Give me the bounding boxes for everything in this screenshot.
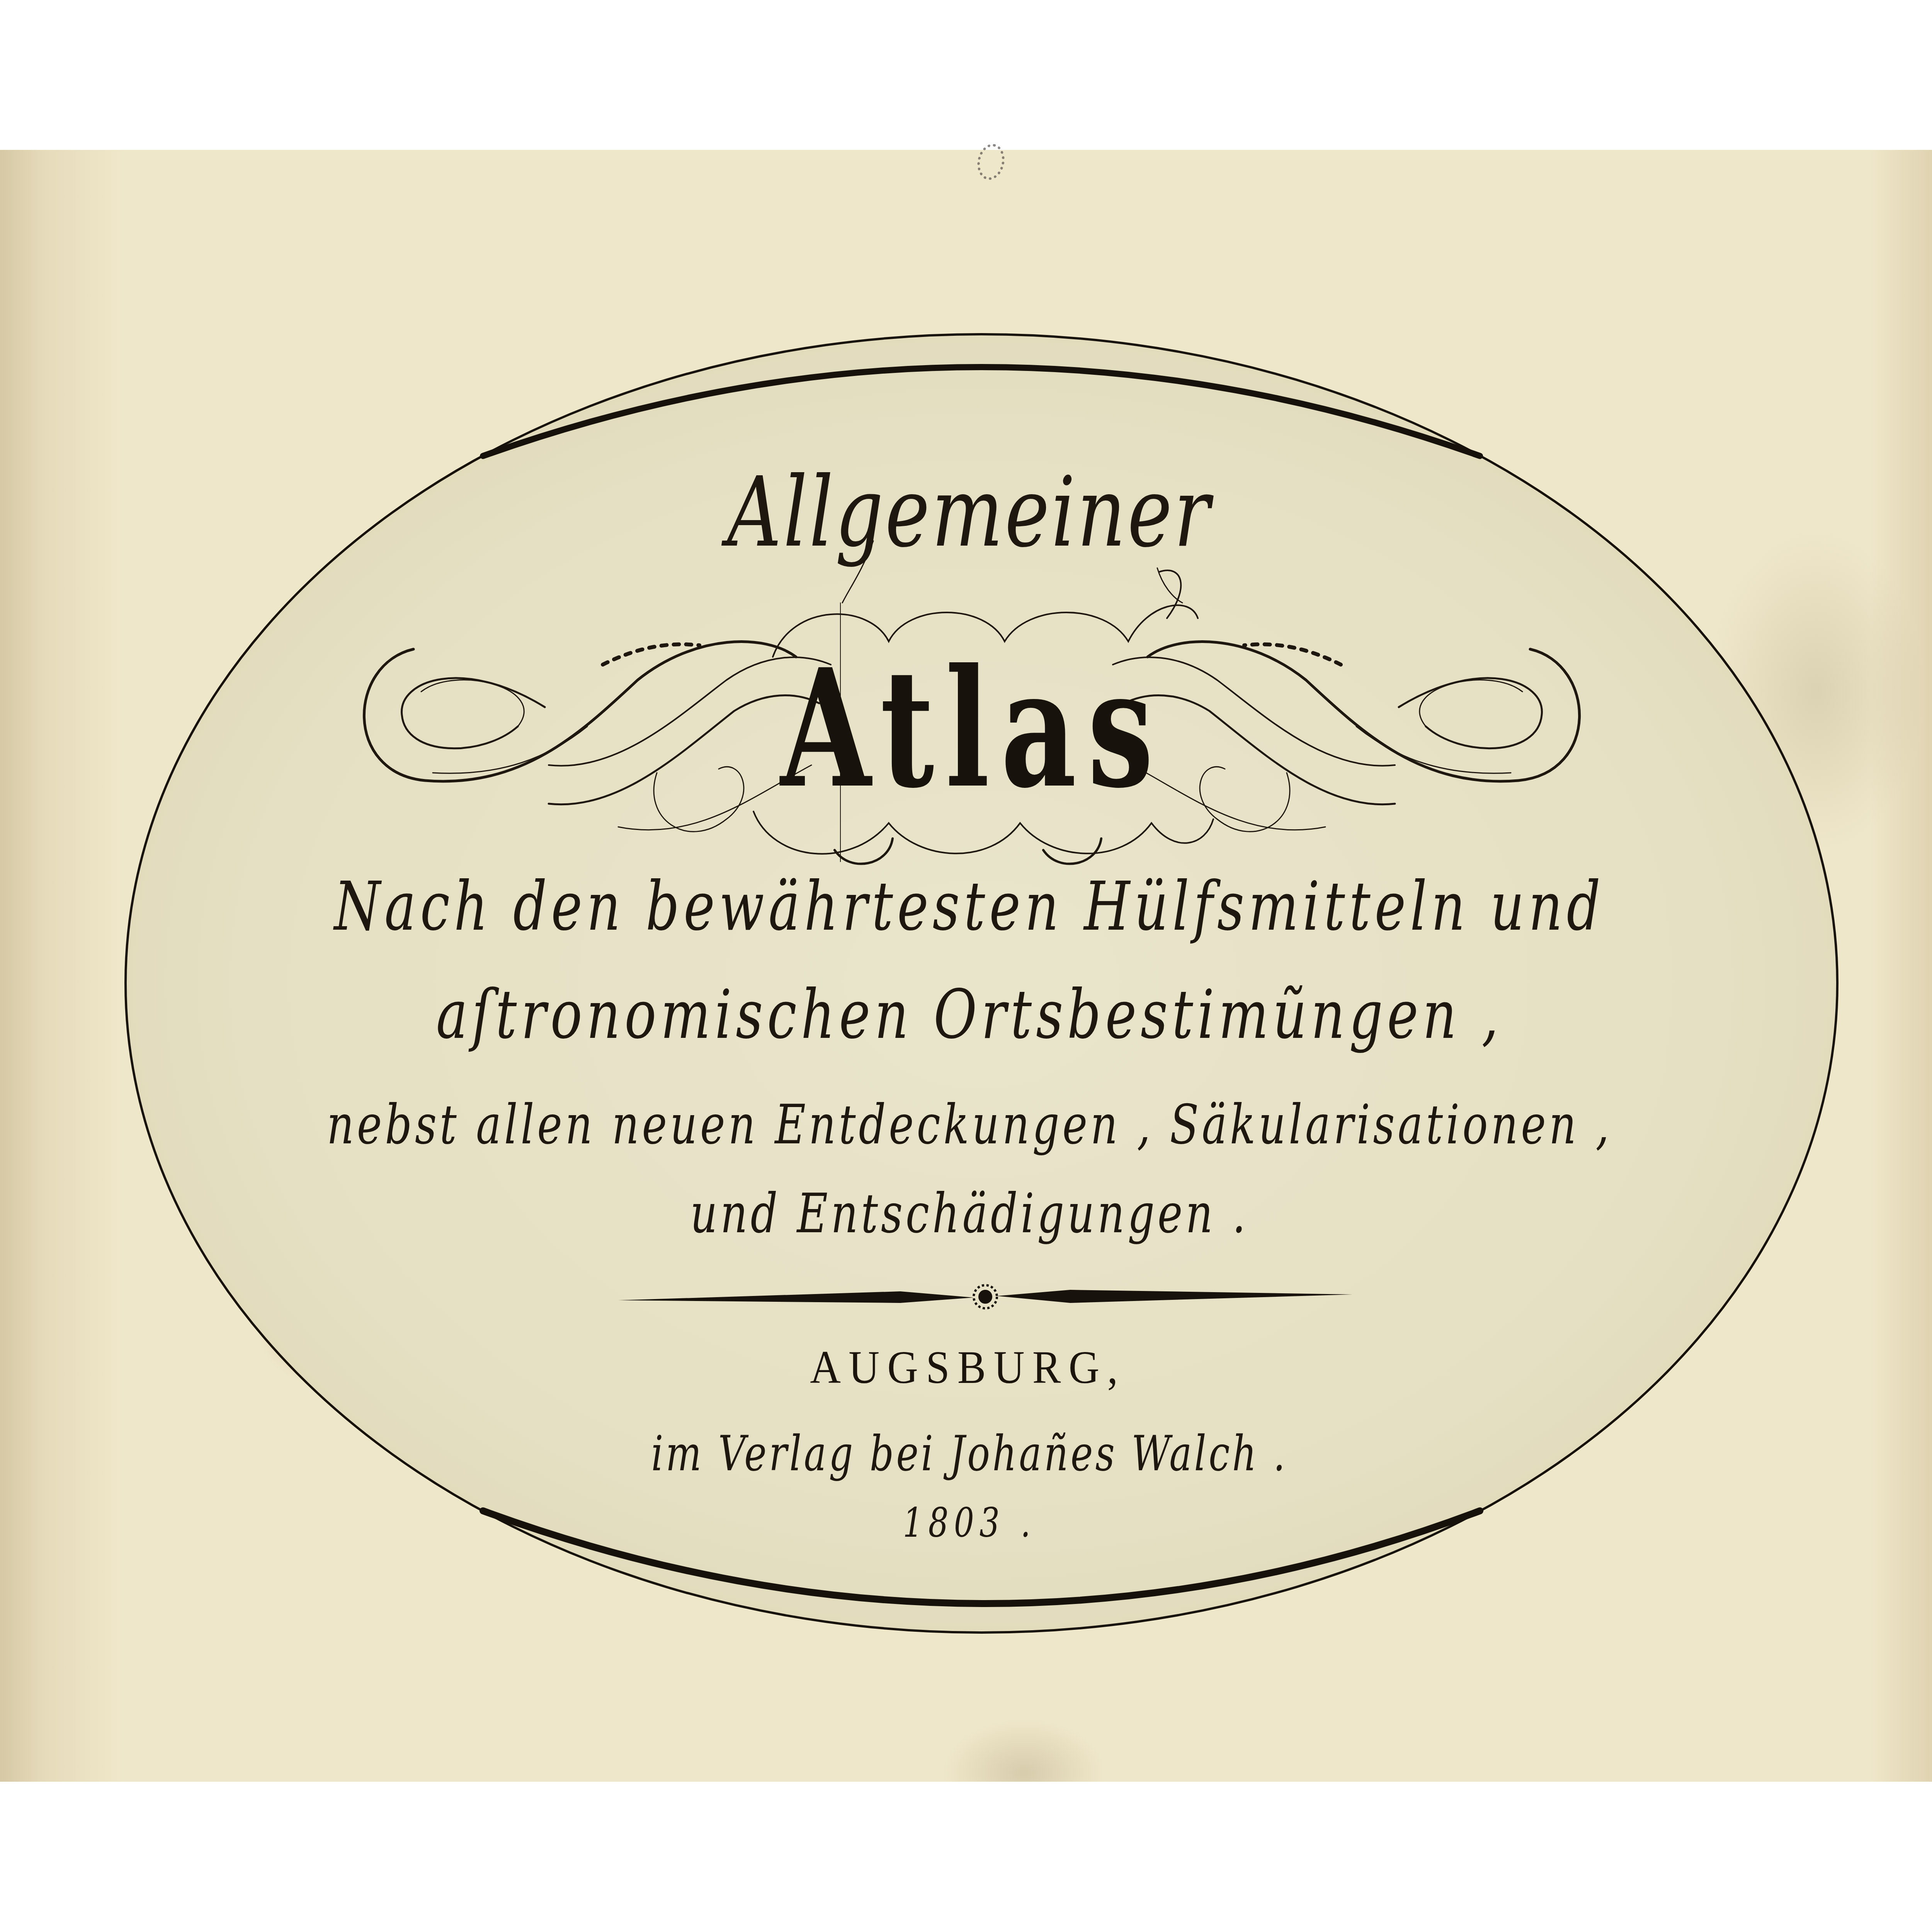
title-atlas: Atlas [277, 634, 1668, 824]
imprint-year: 1803 . [216, 1499, 1723, 1546]
subtitle-line-3: nebst allen neuen Entdeckungen , Säkular… [216, 1094, 1723, 1156]
subtitle-line-1: Nach den bewährtesten Hülfsmitteln und [216, 867, 1723, 946]
imprint-city: AUGSBURG, [79, 1341, 1857, 1394]
engraving-artwork [0, 0, 1932, 1932]
title-allgemeiner: Allgemeiner [216, 456, 1723, 568]
imprint-publisher: im Verlag bei Johañes Walch . [216, 1426, 1723, 1482]
subtitle-line-4: und Entschädigungen . [216, 1182, 1723, 1245]
subtitle-line-2: aſtronomischen Ortsbestimũngen , [216, 976, 1723, 1054]
rosette-icon [978, 1290, 992, 1304]
